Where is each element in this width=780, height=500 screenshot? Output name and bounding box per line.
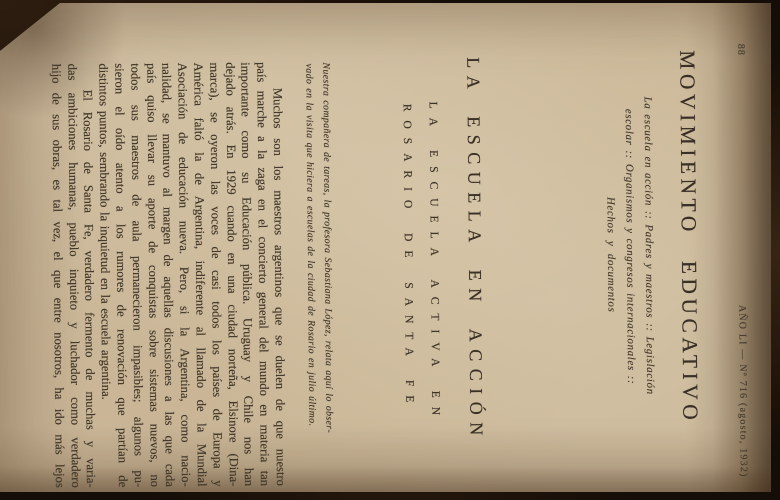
scanned-page-viewer: 88 AÑO LI — Nº 716 (agosto, 1932) MOVIMI… — [0, 0, 780, 500]
article-title-line: LA ESCUELA ACTIVA EN — [427, 102, 442, 425]
intro-note-line: vado en la visita que hiciera a escuelas… — [303, 64, 317, 427]
page-content: 88 AÑO LI — Nº 716 (agosto, 1932) MOVIMI… — [0, 0, 773, 495]
journal-header: AÑO LI — Nº 716 (agosto, 1932) — [736, 305, 749, 478]
subtitle-line: Hechos y documentos — [604, 197, 617, 313]
page-number: 88 — [735, 44, 746, 56]
section-title: LA ESCUELA EN ACCIÓN — [457, 57, 486, 443]
subtitle-line: escolar :: Organismos y congresos intern… — [623, 109, 637, 385]
subtitle-line: La escuela en acción :: Padres y maestro… — [642, 97, 657, 395]
body-line: hijo de sus obras, es tal vez, el que en… — [47, 64, 69, 488]
book-page: 88 AÑO LI — Nº 716 (agosto, 1932) MOVIMI… — [0, 3, 771, 492]
article-title-line: ROSARIO DE SANTA FE — [401, 104, 416, 412]
intro-note-line: Nuestra compañera de tareas, la profesor… — [320, 62, 334, 433]
page-title: MOVIMIENTO EDUCATIVO — [671, 50, 702, 424]
